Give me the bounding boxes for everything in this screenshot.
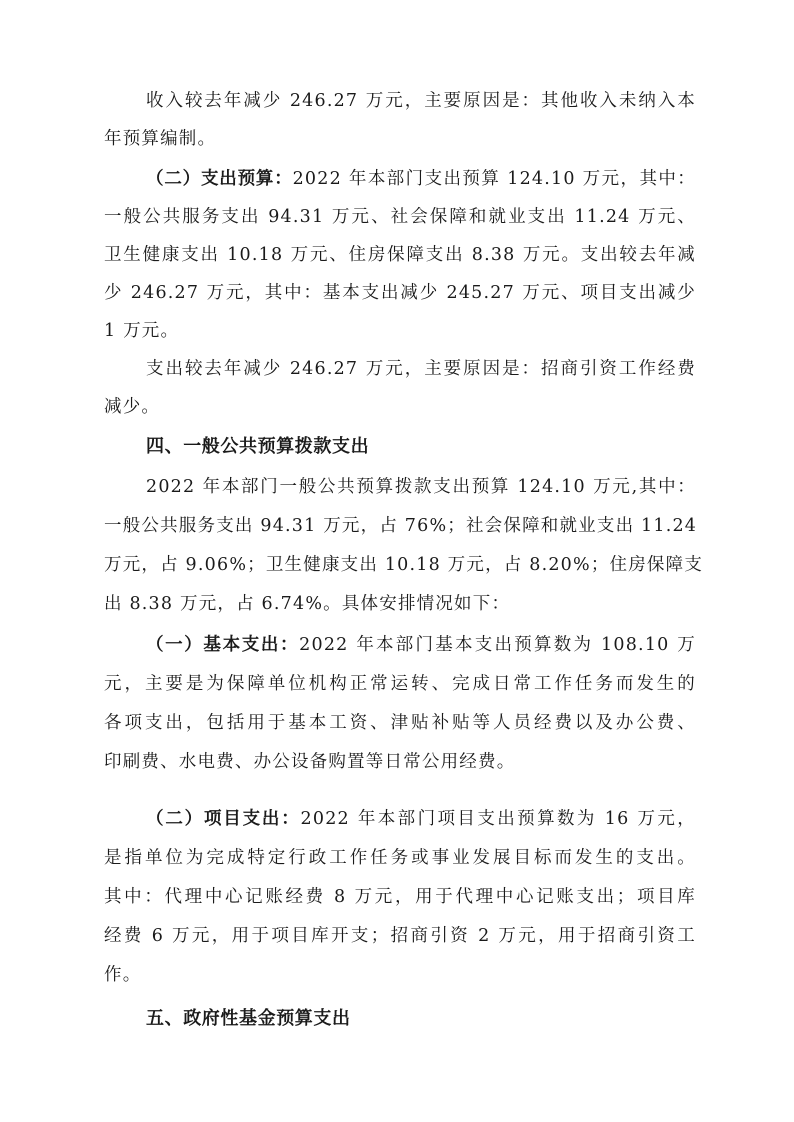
- paragraph-text: 2022 年本部门支出预算 124.10 万元，其中：: [293, 169, 696, 189]
- section-heading-five: 五、政府性基金预算支出: [146, 1000, 351, 1038]
- paragraph-line: 是指单位为完成特定行政工作任务或事业发展目标而发生的支出。: [104, 839, 696, 877]
- paragraph-line: 收入较去年减少 246.27 万元，主要原因是：其他收入未纳入本: [146, 82, 696, 120]
- paragraph-line: 支出较去年减少 246.27 万元，主要原因是：招商引资工作经费: [146, 350, 696, 388]
- paragraph-line: 万元，占 9.06%；卫生健康支出 10.18 万元，占 8.20%；住房保障支: [104, 546, 696, 584]
- subsection-lead-project-expenditure: （二）项目支出：: [146, 809, 301, 829]
- subsection-lead-expenditure-budget: （二）支出预算：: [146, 169, 293, 189]
- paragraph-line: 出 8.38 万元，占 6.74%。具体安排情况如下：: [104, 585, 510, 623]
- paragraph-line: 经费 6 万元，用于项目库开支；招商引资 2 万元，用于招商引资工: [104, 917, 696, 955]
- paragraph-text: 2022 年本部门项目支出预算数为 16 万元，: [301, 809, 696, 829]
- paragraph-line: （二）支出预算：2022 年本部门支出预算 124.10 万元，其中：: [146, 160, 696, 198]
- paragraph-line: 作。: [104, 956, 141, 994]
- paragraph-line: 印刷费、水电费、办公设备购置等日常公用经费。: [104, 743, 515, 781]
- paragraph-line: 一般公共服务支出 94.31 万元、社会保障和就业支出 11.24 万元、: [104, 198, 696, 236]
- paragraph-line: 卫生健康支出 10.18 万元、住房保障支出 8.38 万元。支出较去年减: [104, 236, 696, 274]
- paragraph-line: 少 246.27 万元，其中：基本支出减少 245.27 万元、项目支出减少: [104, 274, 696, 312]
- paragraph-text: 2022 年本部门基本支出预算数为 108.10 万: [299, 635, 696, 655]
- paragraph-line: （一）基本支出：2022 年本部门基本支出预算数为 108.10 万: [146, 626, 696, 664]
- section-heading-four: 四、一般公共预算拨款支出: [146, 428, 369, 466]
- paragraph-line: （二）项目支出：2022 年本部门项目支出预算数为 16 万元，: [146, 800, 696, 838]
- paragraph-line: 元，主要是为保障单位机构正常运转、完成日常工作任务而发生的: [104, 665, 696, 703]
- paragraph-line: 1 万元。: [104, 312, 179, 350]
- paragraph-line: 2022 年本部门一般公共预算拨款支出预算 124.10 万元,其中：: [146, 468, 696, 506]
- paragraph-line: 年预算编制。: [104, 120, 216, 158]
- paragraph-line: 其中：代理中心记账经费 8 万元，用于代理中心记账支出；项目库: [104, 878, 696, 916]
- paragraph-line: 一般公共服务支出 94.31 万元，占 76%；社会保障和就业支出 11.24: [104, 507, 696, 545]
- paragraph-line: 各项支出，包括用于基本工资、津贴补贴等人员经费以及办公费、: [104, 704, 696, 742]
- subsection-lead-basic-expenditure: （一）基本支出：: [146, 635, 299, 655]
- paragraph-line: 减少。: [104, 388, 160, 426]
